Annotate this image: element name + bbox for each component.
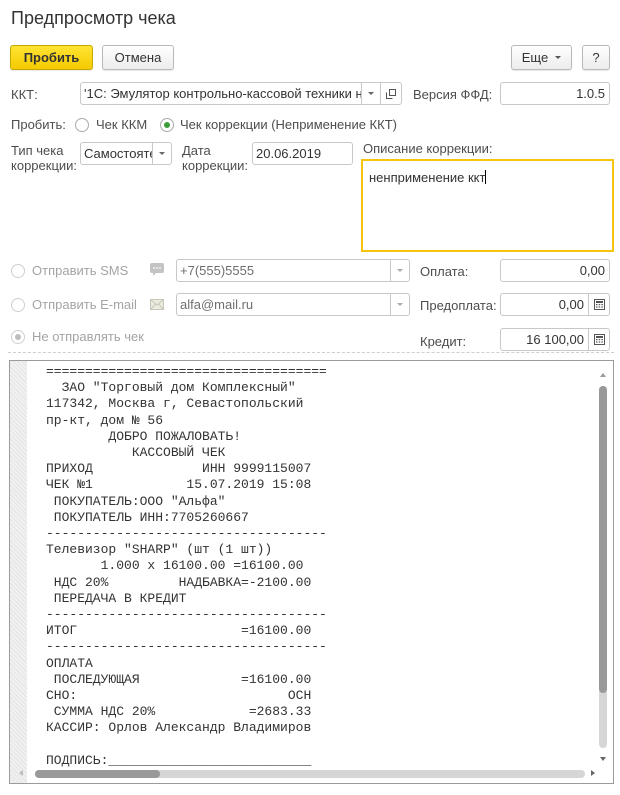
credit-field[interactable]: 16 100,00: [500, 328, 610, 351]
scroll-right-arrow[interactable]: [591, 770, 595, 776]
correction-description-input[interactable]: ненприменение ккт: [361, 159, 614, 252]
phone-value: +7(555)5555: [177, 260, 390, 281]
radio-send-email-label[interactable]: Отправить E-mail: [32, 297, 137, 312]
phone-dropdown-button[interactable]: [390, 260, 409, 281]
kkt-label: ККТ:: [11, 87, 38, 102]
payment-field[interactable]: 0,00: [500, 259, 610, 282]
radio-send-sms[interactable]: [11, 264, 25, 278]
radio-correction-receipt[interactable]: [160, 118, 174, 132]
envelope-icon: [150, 298, 164, 313]
radio-kkm-receipt[interactable]: [75, 118, 89, 132]
prepayment-value: 0,00: [501, 294, 588, 315]
payment-label: Оплата:: [420, 264, 468, 279]
print-mode-label: Пробить:: [11, 117, 66, 132]
scroll-left-arrow[interactable]: [19, 770, 23, 776]
ffd-version-value: 1.0.5: [501, 83, 609, 104]
payment-value: 0,00: [501, 260, 609, 281]
correction-date-field[interactable]: 20.06.2019: [252, 142, 353, 165]
cancel-button[interactable]: Отмена: [102, 45, 174, 70]
open-icon[interactable]: [380, 83, 401, 104]
vertical-scrollbar-thumb[interactable]: [599, 386, 607, 693]
chevron-down-icon: [555, 56, 561, 59]
correction-date-value: 20.06.2019: [253, 143, 352, 164]
page-title: Предпросмотр чека: [11, 8, 176, 29]
receipt-gutter: [10, 361, 27, 783]
email-dropdown-button[interactable]: [390, 294, 409, 315]
radio-dont-send-label[interactable]: Не отправлять чек: [32, 329, 144, 344]
correction-type-value: Самостоятельно: [81, 143, 152, 164]
calculator-icon[interactable]: [588, 329, 609, 350]
kkt-field[interactable]: '1С: Эмулятор контрольно-кассовой техник…: [80, 82, 402, 105]
correction-date-label: Дата коррекции:: [182, 143, 252, 173]
credit-label: Кредит:: [420, 334, 466, 349]
email-value: alfa@mail.ru: [177, 294, 390, 315]
receipt-preview[interactable]: ==================================== ЗАО…: [9, 360, 614, 784]
text-caret: [485, 170, 486, 184]
ffd-version-field[interactable]: 1.0.5: [500, 82, 610, 105]
scroll-down-arrow[interactable]: [600, 757, 606, 761]
correction-description-value: ненприменение ккт: [369, 170, 485, 185]
message-icon: [150, 263, 164, 279]
correction-description-label: Описание коррекции:: [363, 141, 492, 156]
prepayment-label: Предоплата:: [420, 298, 497, 313]
kkt-dropdown-button[interactable]: [361, 83, 380, 104]
receipt-text: ==================================== ЗАО…: [46, 364, 327, 769]
phone-field[interactable]: +7(555)5555: [176, 259, 410, 282]
ffd-version-label: Версия ФФД:: [413, 87, 492, 102]
radio-send-email[interactable]: [11, 298, 25, 312]
kkt-value: '1С: Эмулятор контрольно-кассовой техник…: [81, 83, 361, 104]
correction-type-label: Тип чека коррекции:: [11, 143, 77, 173]
credit-value: 16 100,00: [501, 329, 588, 350]
correction-type-dropdown-button[interactable]: [152, 143, 171, 164]
radio-kkm-receipt-label[interactable]: Чек ККМ: [96, 117, 147, 132]
radio-dont-send[interactable]: [11, 330, 25, 344]
correction-type-select[interactable]: Самостоятельно: [80, 142, 172, 165]
print-button[interactable]: Пробить: [10, 45, 93, 70]
radio-correction-receipt-label[interactable]: Чек коррекции (Неприменение ККТ): [180, 117, 397, 132]
prepayment-field[interactable]: 0,00: [500, 293, 610, 316]
radio-send-sms-label[interactable]: Отправить SMS: [32, 263, 128, 278]
section-divider: [8, 352, 614, 353]
scroll-up-arrow[interactable]: [600, 373, 606, 377]
email-field[interactable]: alfa@mail.ru: [176, 293, 410, 316]
more-button[interactable]: Еще: [511, 45, 572, 70]
more-label: Еще: [522, 50, 548, 65]
horizontal-scrollbar-thumb[interactable]: [35, 770, 160, 778]
calculator-icon[interactable]: [588, 294, 609, 315]
help-button[interactable]: ?: [582, 45, 610, 70]
